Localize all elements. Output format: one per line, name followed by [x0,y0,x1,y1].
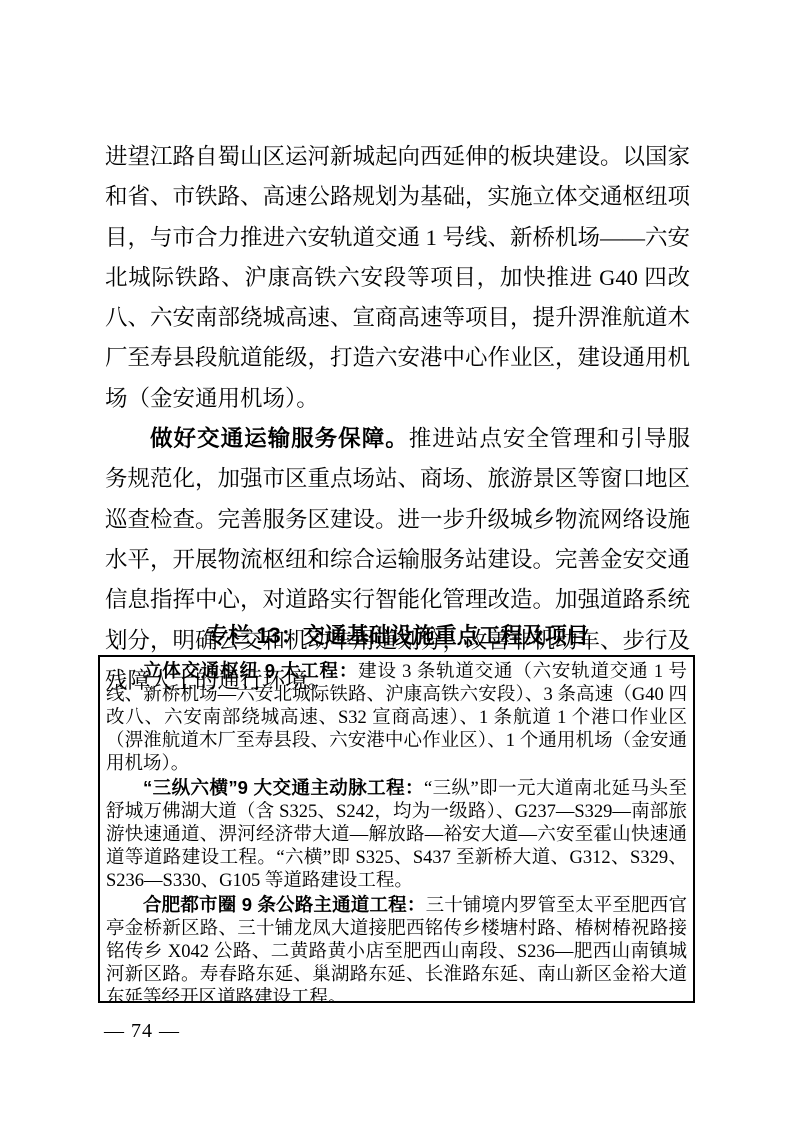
paragraph-text: 进望江路自蜀山区运河新城起向西延伸的板块建设。以国家和省、市铁路、高速公路规划为… [105,144,690,411]
panel-item: “三纵六横”9 大交通主动脉工程：“三纵”即一元大道南北延马头至舒城万佛湖大道（… [106,776,687,893]
body-section: 进望江路自蜀山区运河新城起向西延伸的板块建设。以国家和省、市铁路、高速公路规划为… [105,137,690,701]
panel-item: 立体交通枢纽 9 大工程：建设 3 条轨道交通（六安轨道交通 1 号线、新桥机场… [106,659,687,776]
page-number: — 74 — [104,1020,180,1043]
panel-item: 合肥都市圈 9 条公路主通道工程：三十铺境内罗管至太平至肥西官亭金桥新区路、三十… [106,893,687,1003]
panel-item-lead: 合肥都市圈 9 条公路主通道工程： [143,894,426,915]
panel-box: 立体交通枢纽 9 大工程：建设 3 条轨道交通（六安轨道交通 1 号线、新桥机场… [98,655,695,1003]
panel-item-lead: 立体交通枢纽 9 大工程： [143,660,358,681]
document-page: 进望江路自蜀山区运河新城起向西延伸的板块建设。以国家和省、市铁路、高速公路规划为… [0,0,793,1122]
paragraph-text: 推进站点安全管理和引导服务规范化，加强市区重点场站、商场、旅游景区等窗口地区巡查… [105,426,690,693]
panel-item-lead: “三纵六横”9 大交通主动脉工程： [143,777,424,798]
paragraph: 进望江路自蜀山区运河新城起向西延伸的板块建设。以国家和省、市铁路、高速公路规划为… [105,137,690,419]
paragraph-lead: 做好交通运输服务保障。 [150,426,409,451]
panel-title: 专栏 13：交通基础设施重点工程及项目 [105,621,690,651]
